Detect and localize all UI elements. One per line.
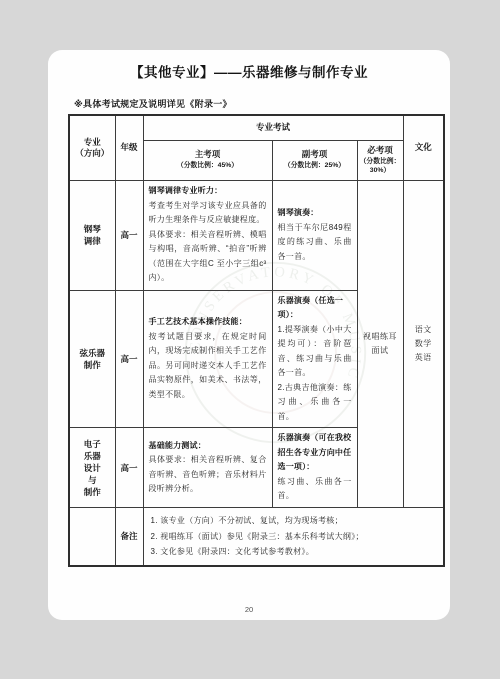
- page-title: 【其他专业】——乐器维修与制作专业: [48, 61, 450, 81]
- page-number: 20: [48, 605, 450, 614]
- header-grade: 年级: [115, 115, 143, 180]
- header-secondary-item-ratio: （分数比例：25%）: [273, 162, 357, 171]
- major-electronic-instrument-design: 电子 乐器 设计 与 制作: [69, 428, 115, 508]
- main-exam-electronic-instrument: 基础能力测试： 具体要求：相关音程听辨、复合音听辨、音色听辨；音乐材料片段听辨分…: [143, 428, 272, 508]
- header-main-item-ratio: （分数比例：45%）: [144, 162, 272, 171]
- header-secondary-item-label: 副考项: [273, 149, 357, 160]
- secondary-exam-body: 1.提琴演奏（小中大提均可）：音阶琶音、练习曲与乐曲各一首。 2.古典吉他演奏：…: [278, 323, 352, 425]
- header-secondary-item: 副考项 （分数比例：25%）: [272, 140, 357, 180]
- exam-regulation-note: ※具体考试规定及说明详见《附录一》: [74, 97, 232, 110]
- main-exam-body: 考查考生对学习该专业应具备的听力生理条件与反应敏捷程度。 具体要求：相关音程听辨…: [149, 199, 267, 286]
- grade-electronic-instrument-design: 高一: [115, 428, 143, 508]
- secondary-exam-body: 练习曲、乐曲各一首。: [278, 475, 352, 504]
- header-main-item: 主考项 （分数比例：45%）: [143, 140, 272, 180]
- main-exam-title: 基础能力测试：: [149, 439, 267, 454]
- secondary-exam-title: 钢琴演奏：: [278, 206, 352, 221]
- header-professional-exam: 专业考试: [143, 115, 403, 140]
- culture-subjects-cell: 语文 数学 英语: [403, 180, 444, 508]
- remarks-label: 备注: [115, 508, 143, 566]
- secondary-exam-body: 相当于车尔尼849程度的练习曲、乐曲各一首。: [278, 221, 352, 265]
- header-required-item: 必考项 （分数比例：30%）: [357, 140, 403, 180]
- main-exam-title: 钢琴调律专业听力：: [149, 184, 267, 199]
- header-required-item-ratio: （分数比例：30%）: [358, 158, 403, 175]
- header-culture: 文化: [403, 115, 444, 180]
- header-major: 专业 （方向）: [69, 115, 115, 180]
- secondary-exam-electronic-instrument: 乐器演奏（可在我校招生各专业方向中任选一项）： 练习曲、乐曲各一首。: [272, 428, 357, 508]
- required-exam-cell: 视唱练耳 面试: [357, 180, 403, 508]
- main-exam-title: 手工艺技术基本操作技能：: [149, 315, 267, 330]
- main-exam-string-instrument: 手工艺技术基本操作技能： 按考试题目要求，在规定时间内，现场完成制作相关手工艺作…: [143, 290, 272, 428]
- exam-table-wrapper: 专业 （方向） 年级 专业考试 文化 主考项 （分数比例：45%） 副考项 （分…: [68, 114, 445, 567]
- major-piano-tuning: 钢琴 调律: [69, 180, 115, 290]
- secondary-exam-title: 乐器演奏（可在我校招生各专业方向中任选一项）：: [278, 431, 352, 475]
- secondary-exam-string-instrument: 乐器演奏（任选一项）： 1.提琴演奏（小中大提均可）：音阶琶音、练习曲与乐曲各一…: [272, 290, 357, 428]
- main-exam-piano-tuning: 钢琴调律专业听力： 考查考生对学习该专业应具备的听力生理条件与反应敏捷程度。 具…: [143, 180, 272, 290]
- remarks-content-cell: 1. 该专业（方向）不分初试、复试，均为现场考核； 2. 视唱练耳（面试）参见《…: [143, 508, 444, 566]
- header-required-item-label: 必考项: [358, 145, 403, 156]
- header-row-1: 专业 （方向） 年级 专业考试 文化: [69, 115, 444, 140]
- main-exam-body: 按考试题目要求，在规定时间内，现场完成制作相关手工艺作品。另可同时递交本人手工艺…: [149, 330, 267, 403]
- remarks-row: 备注 1. 该专业（方向）不分初试、复试，均为现场考核； 2. 视唱练耳（面试）…: [69, 508, 444, 566]
- major-string-instrument-making: 弦乐器 制作: [69, 290, 115, 428]
- remark-item-2: 2. 视唱练耳（面试）参见《附录三：基本乐科考试大纲》；: [151, 529, 437, 545]
- secondary-exam-piano-tuning: 钢琴演奏： 相当于车尔尼849程度的练习曲、乐曲各一首。: [272, 180, 357, 290]
- header-main-item-label: 主考项: [144, 149, 272, 160]
- grade-string-instrument-making: 高一: [115, 290, 143, 428]
- exam-table: 专业 （方向） 年级 专业考试 文化 主考项 （分数比例：45%） 副考项 （分…: [68, 114, 445, 567]
- remarks-empty-cell: [69, 508, 115, 566]
- document-page: CONSERVATORY OF MUSIC 【其他专业】——乐器维修与制作专业 …: [48, 50, 450, 620]
- grade-piano-tuning: 高一: [115, 180, 143, 290]
- main-exam-body: 具体要求：相关音程听辨、复合音听辨、音色听辨；音乐材料片段听辨分析。: [149, 453, 267, 497]
- secondary-exam-title: 乐器演奏（任选一项）：: [278, 294, 352, 323]
- remark-item-3: 3. 文化参见《附录四：文化考试参考教材》。: [151, 544, 437, 560]
- table-row-piano-tuning: 钢琴 调律 高一 钢琴调律专业听力： 考查考生对学习该专业应具备的听力生理条件与…: [69, 180, 444, 290]
- remark-item-1: 1. 该专业（方向）不分初试、复试，均为现场考核；: [151, 513, 437, 529]
